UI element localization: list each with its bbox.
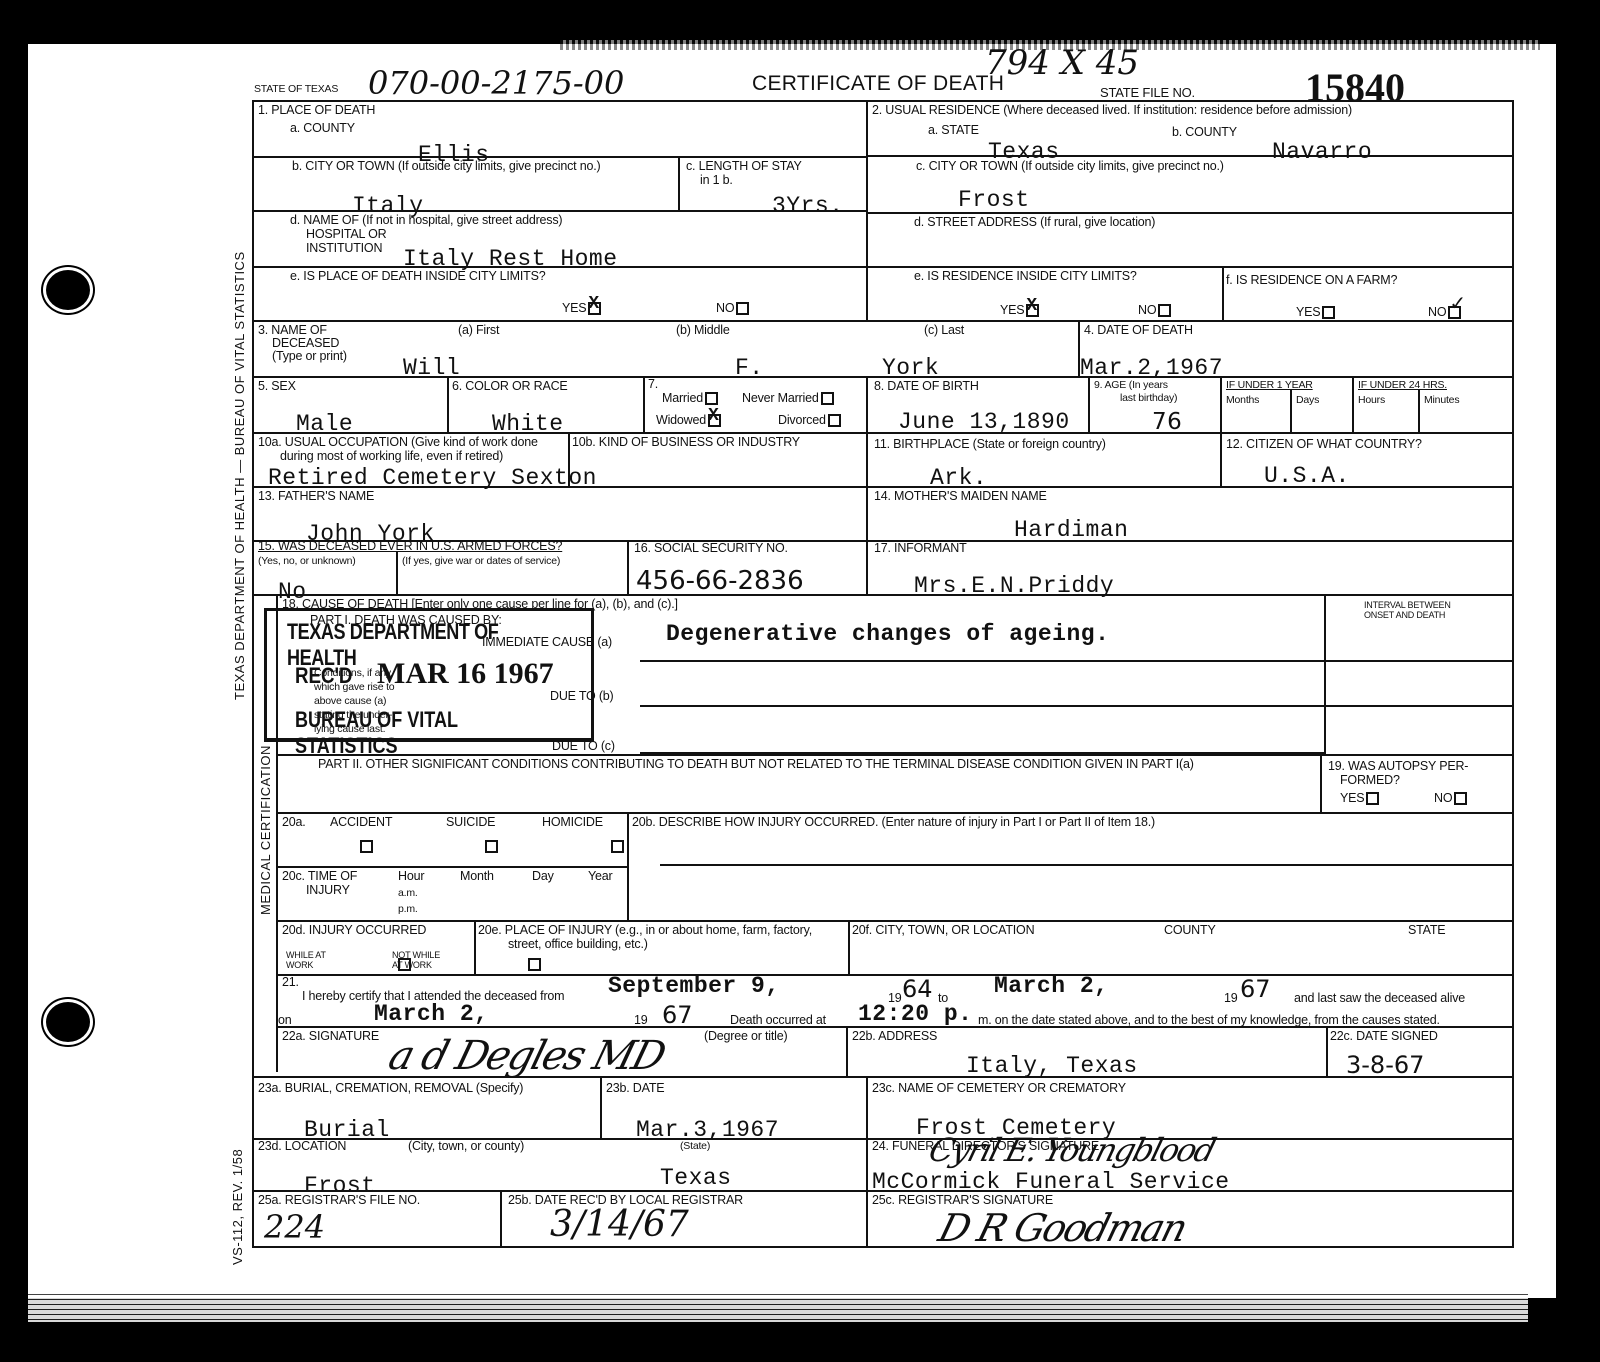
residence-city-value: Frost [958, 188, 1030, 212]
hole-punch-bottom [46, 1002, 90, 1042]
time-of-death-value: 12:20 p. [858, 1002, 972, 1026]
length-of-stay-label: c. LENGTH OF STAY [686, 160, 802, 173]
length-of-stay-sub: in 1 b. [700, 174, 733, 187]
sex-value: Male [296, 412, 353, 436]
farm-yes[interactable]: YES [1296, 306, 1335, 319]
citizen-value: U.S.A. [1264, 464, 1350, 488]
funeral-director-signature: Cyril E. Youngblood [925, 1130, 1219, 1170]
middle-name-value: F. [735, 356, 764, 380]
attended-from-value: September 9, [608, 974, 780, 998]
attended-from-year: 64 [902, 974, 933, 1004]
last-seen-date-value: March 2, [374, 1002, 488, 1026]
residence-inside-limits-yes[interactable]: YES [1000, 304, 1039, 317]
death-inside-limits-no[interactable]: NO [716, 302, 749, 315]
dob-value: June 13,1890 [898, 410, 1070, 434]
checkbox[interactable] [1454, 792, 1467, 805]
length-of-stay-value: 3Yrs. [772, 194, 844, 218]
handwritten-code: 070-00-2175-00 [368, 68, 624, 98]
immediate-cause-value: Degenerative changes of ageing. [666, 622, 1109, 646]
usual-residence-label: 2. USUAL RESIDENCE (Where deceased lived… [872, 104, 1352, 117]
death-city-label: b. CITY OR TOWN (If outside city limits,… [292, 160, 600, 173]
occupation-value: Retired Cemetery Sexton [268, 466, 597, 490]
burial-date-value: Mar.3,1967 [636, 1118, 779, 1142]
physician-address-value: Italy, Texas [966, 1054, 1138, 1078]
checkbox[interactable] [1158, 304, 1171, 317]
checkbox-checked[interactable] [588, 302, 601, 315]
hole-punch-top [46, 270, 90, 310]
checkbox[interactable] [821, 392, 834, 405]
residence-inside-limits-no[interactable]: NO [1138, 304, 1171, 317]
handwritten-file-ref: 794 X 45 [985, 48, 1139, 78]
autopsy-yes[interactable]: YES [1340, 792, 1379, 805]
checkbox[interactable] [1322, 306, 1335, 319]
race-value: White [492, 412, 564, 436]
farm-no[interactable]: NO [1428, 306, 1461, 319]
autopsy-no[interactable]: NO [1434, 792, 1467, 805]
funeral-home-value: McCormick Funeral Service [872, 1170, 1230, 1194]
suicide-checkbox[interactable] [485, 840, 498, 853]
attended-to-year: 67 [1240, 974, 1271, 1004]
birthplace-value: Ark. [930, 466, 987, 490]
checkbox[interactable] [736, 302, 749, 315]
checkbox[interactable] [828, 414, 841, 427]
checkbox[interactable] [705, 392, 718, 405]
first-name-value: Will [403, 356, 460, 380]
registrar-date-value: 3/14/67 [550, 1210, 689, 1240]
institution-label: d. NAME OF (If not in hospital, give str… [290, 214, 562, 227]
accident-checkbox[interactable] [360, 840, 373, 853]
death-county-label: a. COUNTY [290, 122, 355, 135]
scan-artifact-bottom [28, 1290, 1528, 1322]
marital-married[interactable]: Married [662, 392, 718, 405]
marital-divorced[interactable]: Divorced [778, 414, 841, 427]
side-text-form-no: VS-112, REV. 1/58 [232, 1149, 243, 1265]
last-seen-year: 67 [662, 1000, 693, 1030]
physician-signature: a d Degles MD [385, 1036, 669, 1076]
not-while-at-work-checkbox[interactable] [528, 958, 541, 971]
ssn-value: 456-66-2836 [636, 566, 804, 596]
residence-county-value: Navarro [1272, 140, 1372, 164]
date-of-death-value: Mar.2,1967 [1080, 356, 1223, 380]
age-value: 76 [1152, 410, 1182, 434]
death-inside-limits-yes[interactable]: YES [562, 302, 601, 315]
registrar-file-no-value: 224 [264, 1212, 325, 1242]
burial-state-value: Texas [660, 1166, 732, 1190]
death-inside-limits-label: e. IS PLACE OF DEATH INSIDE CITY LIMITS? [290, 270, 546, 283]
registrar-signature: D R Goodman [935, 1208, 1191, 1248]
side-text-bureau: TEXAS DEPARTMENT OF HEALTH — BUREAU OF V… [232, 251, 247, 700]
attended-to-value: March 2, [994, 974, 1108, 998]
marital-widowed[interactable]: Widowed [656, 414, 721, 427]
part-two-label: PART II. OTHER SIGNIFICANT CONDITIONS CO… [318, 758, 1194, 771]
state-label: STATE OF TEXAS [254, 84, 338, 95]
informant-value: Mrs.E.N.Priddy [914, 574, 1114, 598]
state-file-label: STATE FILE NO. [1100, 86, 1195, 99]
document-title: CERTIFICATE OF DEATH [752, 72, 1004, 96]
checkbox[interactable] [1366, 792, 1379, 805]
checkbox-checked[interactable] [1026, 304, 1039, 317]
stamp-date: MAR 16 1967 [377, 657, 554, 691]
institution-value: Italy Rest Home [403, 247, 618, 271]
marital-never-married[interactable]: Never Married [742, 392, 834, 405]
received-stamp: TEXAS DEPARTMENT OF HEALTH REC'D MAR 16 … [264, 608, 594, 742]
date-signed-value: 3-8-67 [1346, 1050, 1424, 1080]
checkbox-checked[interactable] [708, 414, 721, 427]
last-name-value: York [882, 356, 939, 380]
mother-value: Hardiman [1014, 518, 1128, 542]
place-of-death-label: 1. PLACE OF DEATH [258, 104, 375, 117]
homicide-checkbox[interactable] [611, 840, 624, 853]
checkbox-checked[interactable] [1448, 306, 1461, 319]
